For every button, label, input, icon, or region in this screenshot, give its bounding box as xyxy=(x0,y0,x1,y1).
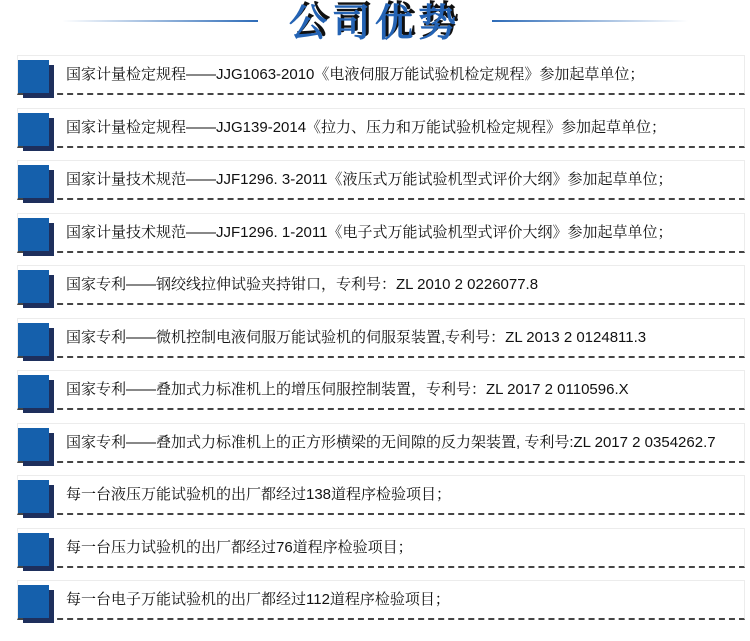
blue-square-icon xyxy=(18,218,49,251)
list-item: 每一台电子万能试验机的出厂都经过112道程序检验项目； xyxy=(17,580,745,620)
section-header: 公司优势 xyxy=(0,0,750,53)
decorative-line-right xyxy=(492,20,688,22)
blue-square-icon xyxy=(18,60,49,93)
blue-square-icon xyxy=(18,533,49,566)
blue-square-icon xyxy=(18,323,49,356)
advantage-list: 国家计量检定规程——JJG1063-2010《电液伺服万能试验机检定规程》参加起… xyxy=(0,53,750,620)
advantage-text: 国家专利——叠加式力标准机上的增压伺服控制装置，专利号：ZL 2017 2 01… xyxy=(18,371,744,409)
page-title: 公司优势 xyxy=(0,0,750,48)
list-item: 国家专利——叠加式力标准机上的增压伺服控制装置，专利号：ZL 2017 2 01… xyxy=(17,370,745,410)
advantage-text: 国家计量技术规范——JJF1296. 1-2011《电子式万能试验机型式评价大纲… xyxy=(18,214,744,252)
company-advantages-section: 公司优势 国家计量检定规程——JJG1063-2010《电液伺服万能试验机检定规… xyxy=(0,0,750,641)
decorative-line-left xyxy=(62,20,258,22)
list-item: 国家专利——钢绞线拉伸试验夹持钳口，专利号：ZL 2010 2 0226077.… xyxy=(17,265,745,305)
advantage-text: 每一台电子万能试验机的出厂都经过112道程序检验项目； xyxy=(18,581,744,619)
list-item: 国家计量技术规范——JJF1296. 1-2011《电子式万能试验机型式评价大纲… xyxy=(17,213,745,253)
blue-square-icon xyxy=(18,375,49,408)
advantage-text: 国家专利——微机控制电液伺服万能试验机的伺服泵装置,专利号：ZL 2013 2 … xyxy=(18,319,744,357)
list-item: 国家专利——微机控制电液伺服万能试验机的伺服泵装置,专利号：ZL 2013 2 … xyxy=(17,318,745,358)
advantage-text: 国家计量检定规程——JJG1063-2010《电液伺服万能试验机检定规程》参加起… xyxy=(18,56,744,94)
blue-square-icon xyxy=(18,270,49,303)
advantage-text: 每一台液压万能试验机的出厂都经过138道程序检验项目； xyxy=(18,476,744,514)
list-item: 国家专利——叠加式力标准机上的正方形横梁的无间隙的反力架装置, 专利号:ZL 2… xyxy=(17,423,745,463)
list-item: 国家计量检定规程——JJG1063-2010《电液伺服万能试验机检定规程》参加起… xyxy=(17,55,745,95)
list-item: 国家计量技术规范——JJF1296. 3-2011《液压式万能试验机型式评价大纲… xyxy=(17,160,745,200)
list-item: 每一台压力试验机的出厂都经过76道程序检验项目； xyxy=(17,528,745,568)
list-item: 国家计量检定规程——JJG139-2014《拉力、压力和万能试验机检定规程》参加… xyxy=(17,108,745,148)
advantage-text: 国家专利——叠加式力标准机上的正方形横梁的无间隙的反力架装置, 专利号:ZL 2… xyxy=(18,424,744,462)
blue-square-icon xyxy=(18,165,49,198)
advantage-text: 国家专利——钢绞线拉伸试验夹持钳口，专利号：ZL 2010 2 0226077.… xyxy=(18,266,744,304)
advantage-text: 国家计量检定规程——JJG139-2014《拉力、压力和万能试验机检定规程》参加… xyxy=(18,109,744,147)
blue-square-icon xyxy=(18,113,49,146)
advantage-text: 每一台压力试验机的出厂都经过76道程序检验项目； xyxy=(18,529,744,567)
advantage-text: 国家计量技术规范——JJF1296. 3-2011《液压式万能试验机型式评价大纲… xyxy=(18,161,744,199)
blue-square-icon xyxy=(18,428,49,461)
list-item: 每一台液压万能试验机的出厂都经过138道程序检验项目； xyxy=(17,475,745,515)
blue-square-icon xyxy=(18,480,49,513)
blue-square-icon xyxy=(18,585,49,618)
